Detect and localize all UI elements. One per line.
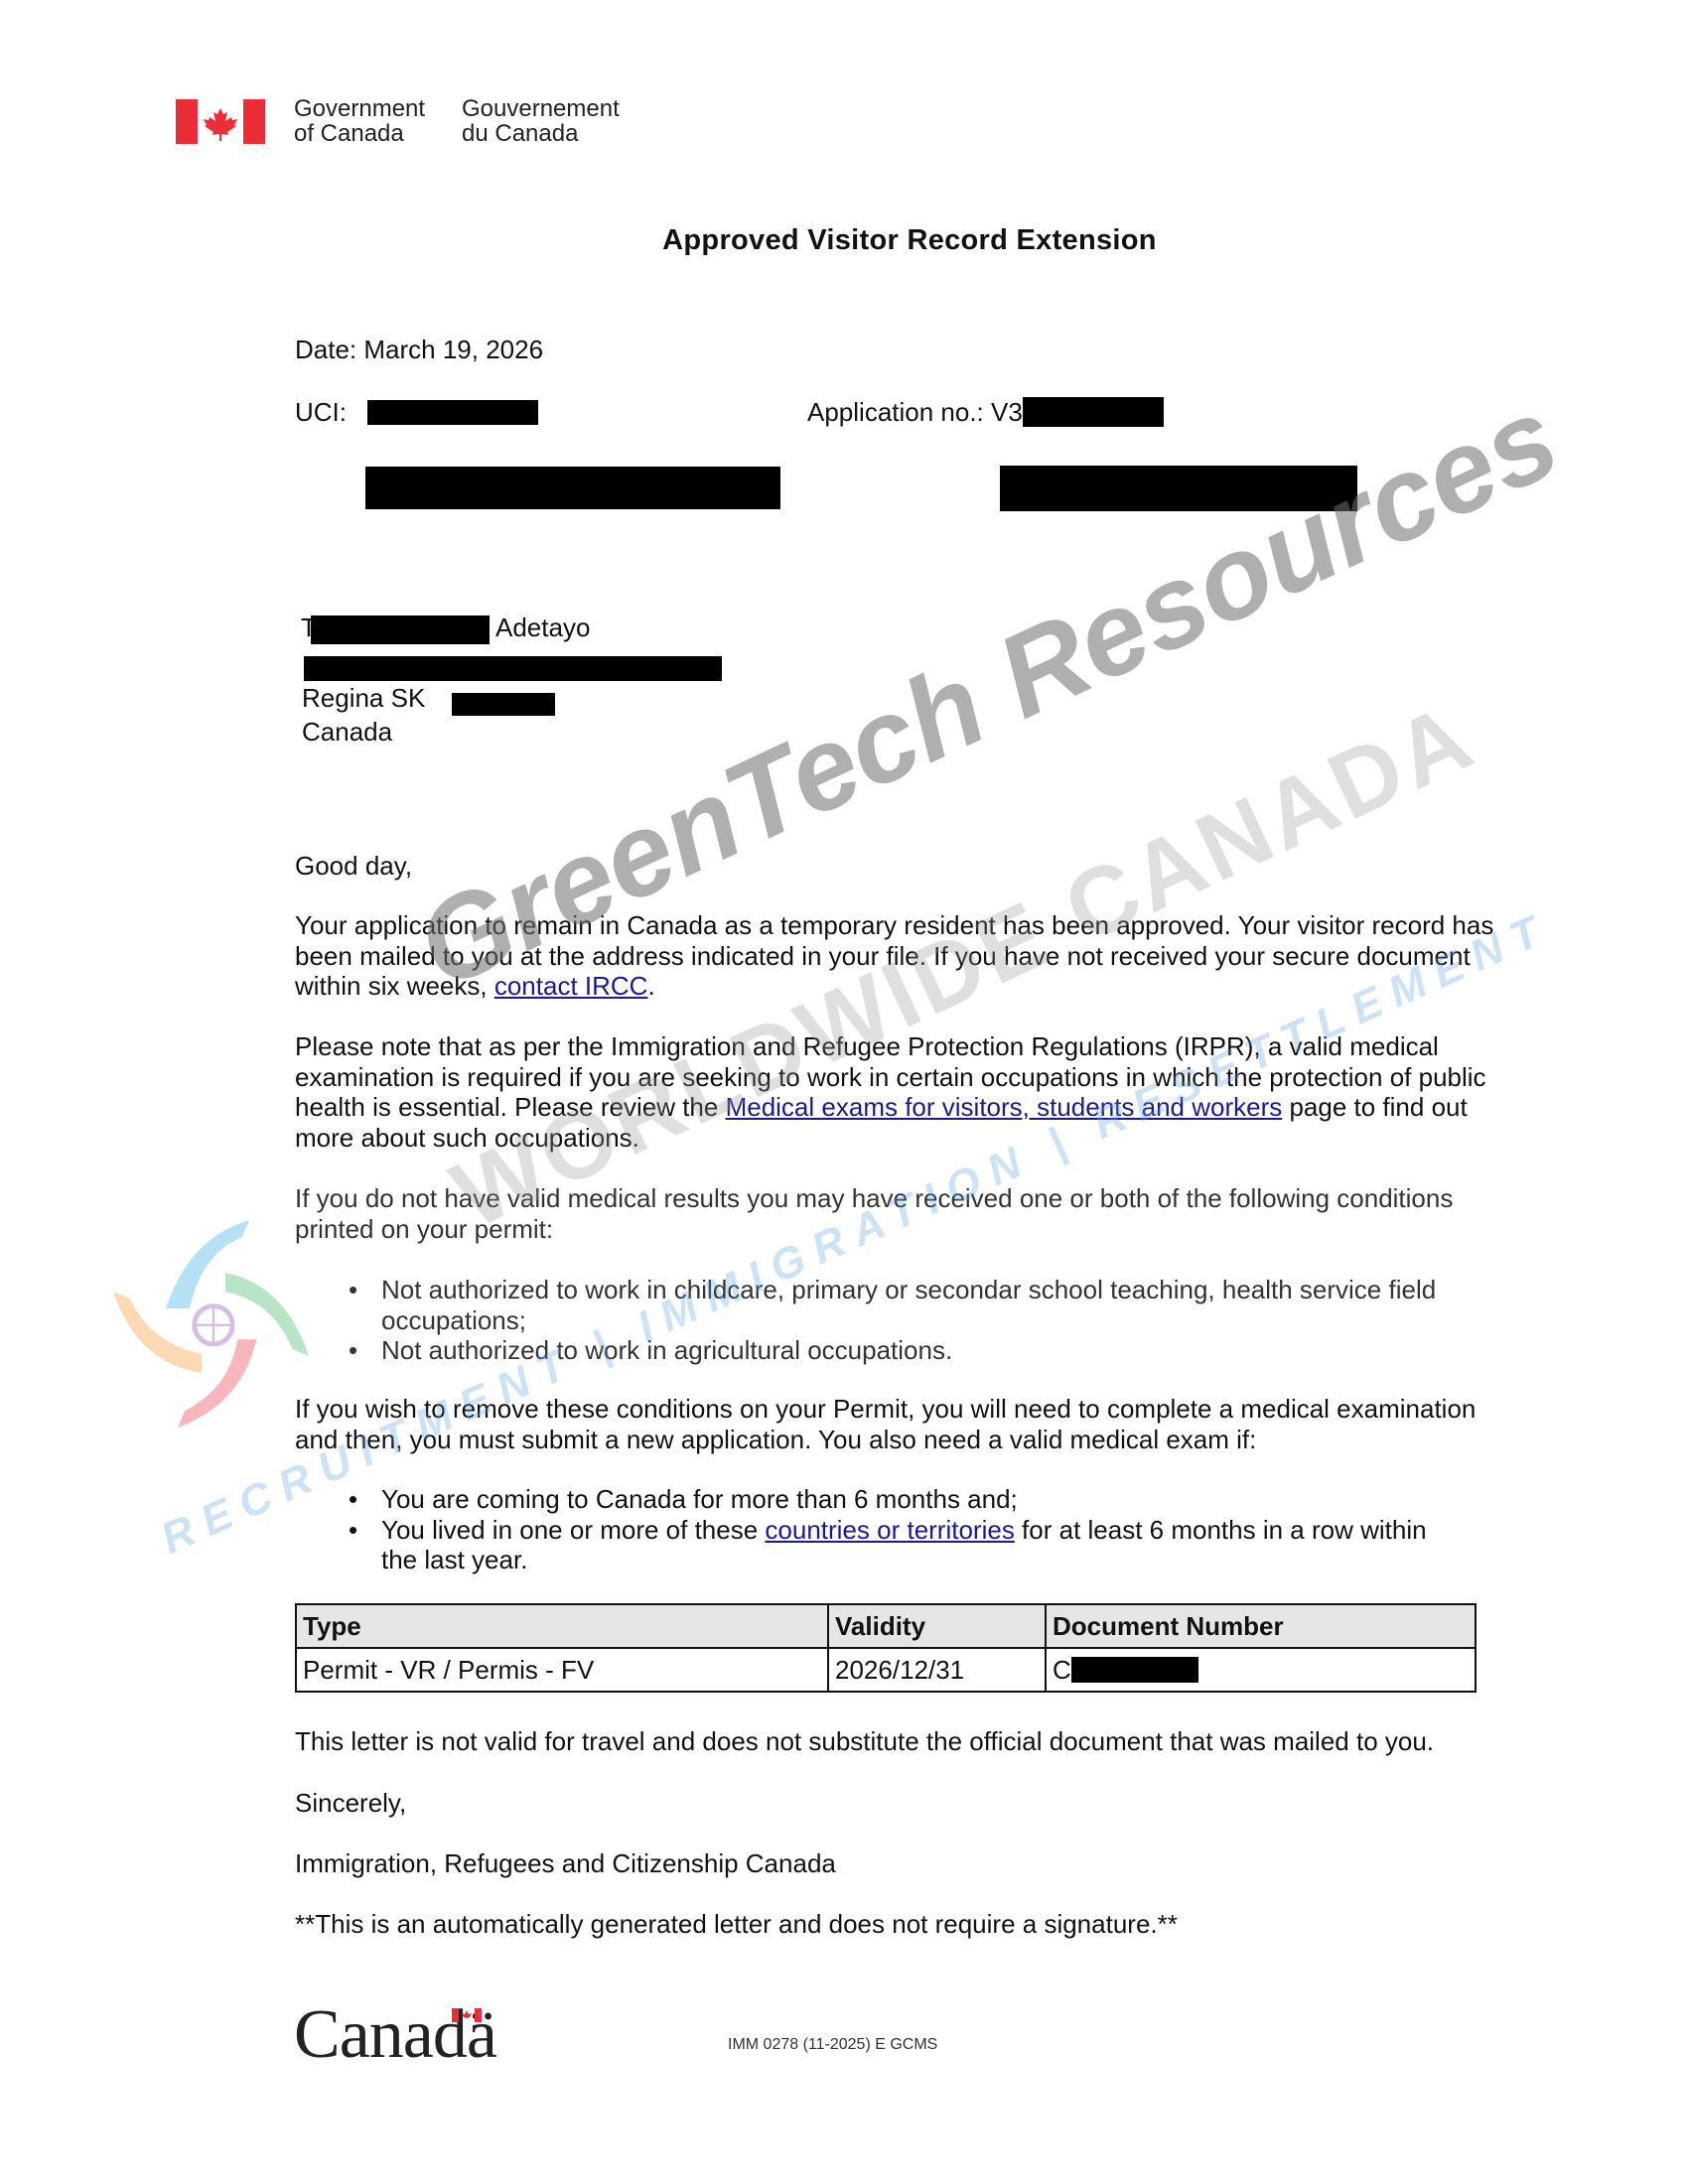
cell-document-number: C — [1046, 1648, 1476, 1692]
date-label: Date: — [295, 335, 356, 364]
col-header-type: Type — [296, 1604, 828, 1648]
travel-notice: This letter is not valid for travel and … — [295, 1726, 1434, 1756]
table-row: Permit - VR / Permis - FV 2026/12/31 C — [296, 1648, 1476, 1692]
col-header-document-number: Document Number — [1046, 1604, 1476, 1648]
gov-name-en: Government of Canada — [294, 96, 425, 146]
recipient-name-redaction — [311, 615, 490, 644]
recipient-street-redaction — [304, 656, 722, 681]
requirement-item: You are coming to Canada for more than 6… — [295, 1484, 1437, 1515]
gov-name-fr: Gouvernement du Canada — [462, 96, 620, 146]
contact-ircc-link[interactable]: contact IRCC — [494, 971, 648, 1001]
conditions-list: Not authorized to work in childcare, pri… — [295, 1275, 1486, 1366]
form-code: IMM 0278 (11-2025) E GCMS — [728, 2036, 937, 2054]
requirements-list: You are coming to Canada for more than 6… — [295, 1484, 1437, 1575]
uci-label: UCI: — [295, 397, 347, 427]
recipient-surname: Adetayo — [495, 613, 590, 642]
col-header-validity: Validity — [828, 1604, 1046, 1648]
redaction-block-left — [365, 467, 780, 509]
date-line: Date: March 19, 2026 — [295, 335, 543, 364]
medical-exams-link[interactable]: Medical exams for visitors, students and… — [726, 1092, 1283, 1122]
application-label: Application no.: — [807, 397, 984, 427]
conditions-intro: If you do not have valid medical results… — [295, 1183, 1516, 1244]
sender: Immigration, Refugees and Citizenship Ca… — [295, 1848, 836, 1878]
auto-generated-note: **This is an automatically generated let… — [295, 1909, 1178, 1939]
greeting: Good day, — [295, 851, 412, 881]
page-title: Approved Visitor Record Extension — [0, 224, 1688, 257]
document-number-redaction — [1071, 1657, 1198, 1683]
canada-flag-icon — [176, 99, 265, 144]
document-table: Type Validity Document Number Permit - V… — [295, 1603, 1477, 1693]
watermark-logo-icon — [94, 1201, 333, 1439]
table-header-row: Type Validity Document Number — [296, 1604, 1476, 1648]
sign-off: Sincerely, — [295, 1788, 406, 1818]
requirement-item: You lived in one or more of these countr… — [295, 1515, 1437, 1575]
application-value: V3 — [991, 397, 1023, 427]
condition-item: Not authorized to work in childcare, pri… — [295, 1275, 1486, 1335]
date-value: March 19, 2026 — [363, 335, 543, 364]
medical-note-paragraph: Please note that as per the Immigration … — [295, 1031, 1516, 1153]
recipient-city: Regina SK — [302, 683, 425, 713]
approval-paragraph: Your application to remain in Canada as … — [295, 910, 1516, 1002]
countries-territories-link[interactable]: countries or territories — [765, 1515, 1014, 1545]
application-redaction — [1023, 397, 1164, 427]
canada-wordmark-flag-icon — [452, 2008, 482, 2022]
recipient-country: Canada — [302, 717, 392, 747]
recipient-postal-redaction — [452, 693, 555, 716]
application-line: Application no.: V3 — [807, 397, 1023, 427]
cell-type: Permit - VR / Permis - FV — [296, 1648, 828, 1692]
uci-redaction — [367, 400, 538, 425]
condition-item: Not authorized to work in agricultural o… — [295, 1335, 1486, 1366]
remove-conditions-paragraph: If you wish to remove these conditions o… — [295, 1394, 1516, 1454]
redaction-block-right — [1000, 466, 1357, 511]
cell-validity: 2026/12/31 — [828, 1648, 1046, 1692]
